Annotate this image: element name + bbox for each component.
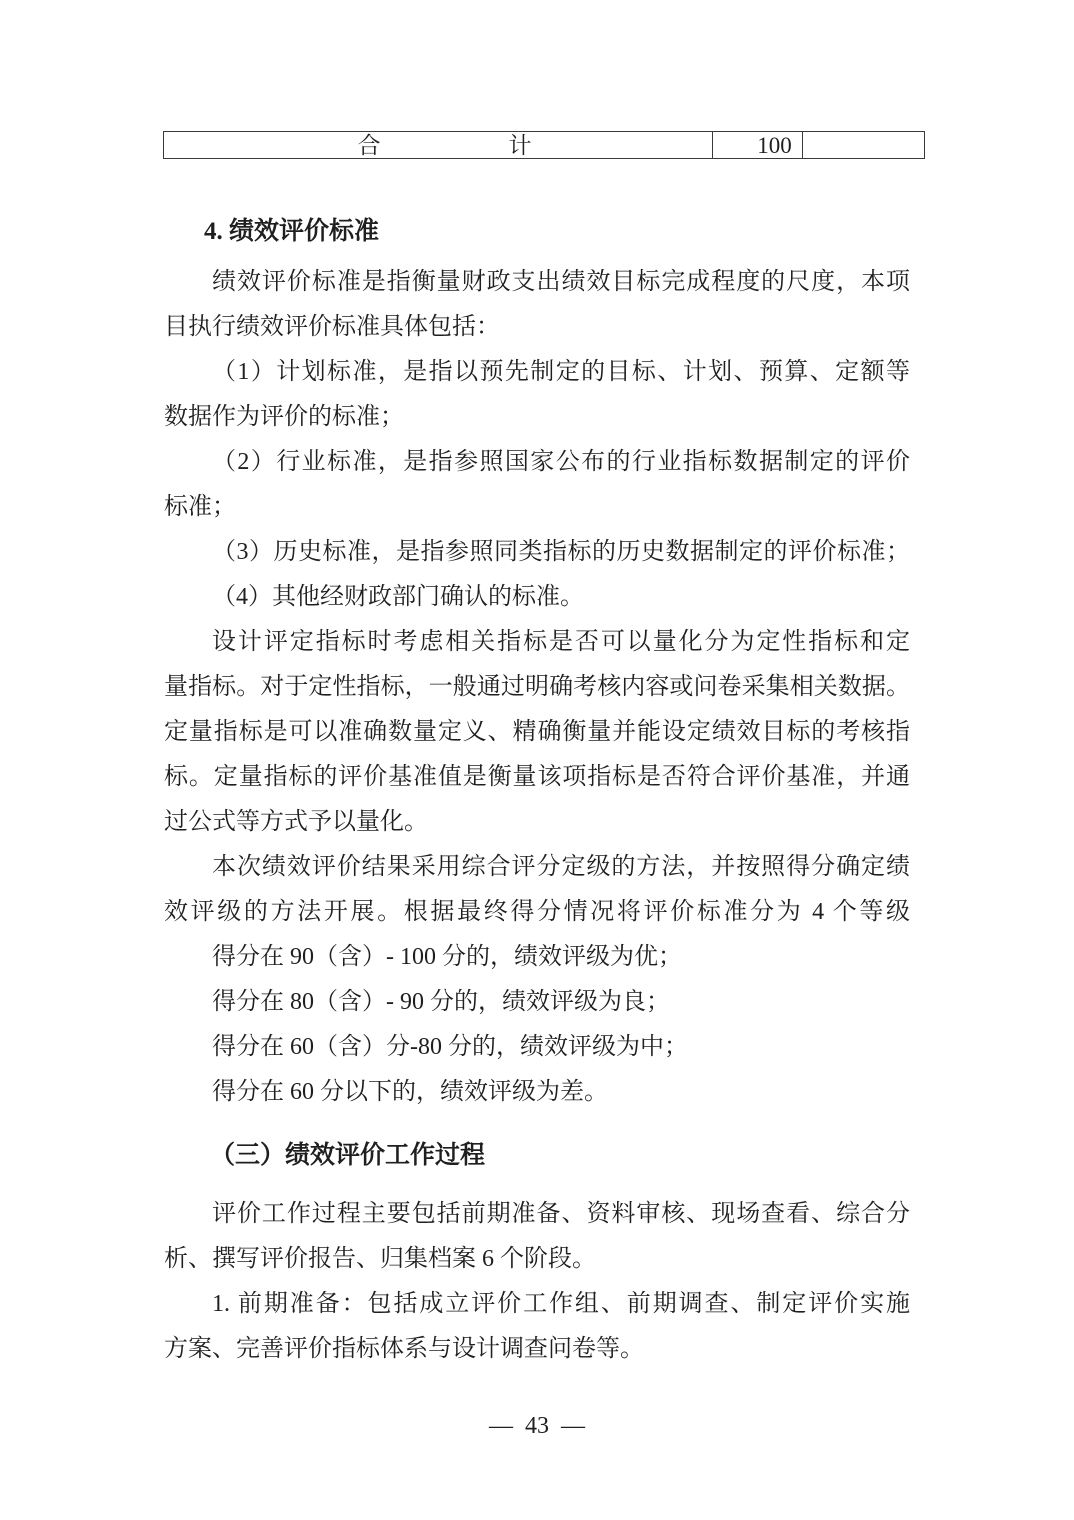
text-line: 量指标。对于定性指标，一般通过明确考核内容或问卷采集相关数据。 [164, 665, 910, 710]
total-value-cell: 100 [713, 132, 803, 158]
text-line: 得分在 60（含）分-80 分的，绩效评级为中； [164, 1025, 910, 1070]
text-line: 过公式等方式予以量化。 [164, 800, 910, 845]
text-line: 标。定量指标的评价基准值是衡量该项指标是否符合评价基准，并通 [164, 755, 910, 800]
text-line: 设计评定指标时考虑相关指标是否可以量化分为定性指标和定 [164, 620, 910, 665]
total-label-right: 计 [509, 134, 532, 157]
text-line: （4）其他经财政部门确认的标准。 [164, 575, 910, 620]
total-label-cell: 合 计 [164, 132, 713, 158]
text-line: 方案、完善评价指标体系与设计调查问卷等。 [164, 1327, 910, 1372]
text-line: 目执行绩效评价标准具体包括： [164, 305, 910, 350]
text-line: 1. 前期准备：包括成立评价工作组、前期调查、制定评价实施 [164, 1282, 910, 1327]
section-body-standards: 绩效评价标准是指衡量财政支出绩效目标完成程度的尺度，本项 目执行绩效评价标准具体… [164, 260, 910, 1115]
page-number: — 43 — [0, 1404, 1074, 1449]
text-line: 析、撰写评价报告、归集档案 6 个阶段。 [164, 1237, 910, 1282]
text-line: （3）历史标准，是指参照同类指标的历史数据制定的评价标准； [164, 530, 910, 575]
text-line: 效评级的方法开展。根据最终得分情况将评价标准分为 4 个等级 [164, 890, 910, 935]
text-line: 绩效评价标准是指衡量财政支出绩效目标完成程度的尺度，本项 [164, 260, 910, 305]
section-body-work-process: 评价工作过程主要包括前期准备、资料审核、现场查看、综合分 析、撰写评价报告、归集… [164, 1192, 910, 1372]
text-line: 评价工作过程主要包括前期准备、资料审核、现场查看、综合分 [164, 1192, 910, 1237]
subsection-heading-work-process: （三）绩效评价工作过程 [164, 1133, 910, 1179]
section-heading-performance-standards: 4. 绩效评价标准 [164, 209, 910, 255]
text-line: （1）计划标准，是指以预先制定的目标、计划、预算、定额等 [164, 350, 910, 395]
text-line: 本次绩效评价结果采用综合评分定级的方法，并按照得分确定绩 [164, 845, 910, 890]
summary-table: 合 计 100 [163, 131, 925, 159]
text-line: 得分在 60 分以下的，绩效评级为差。 [164, 1070, 910, 1115]
total-label-left: 合 [358, 134, 381, 157]
text-line: 数据作为评价的标准； [164, 395, 910, 440]
text-line: 标准； [164, 485, 910, 530]
text-line: 得分在 90（含）- 100 分的，绩效评级为优； [164, 935, 910, 980]
total-value: 100 [757, 134, 792, 157]
document-page: 合 计 100 4. 绩效评价标准 绩效评价标准是指衡量财政支出绩效目标完成程度… [0, 0, 1074, 1520]
text-line: 得分在 80（含）- 90 分的，绩效评级为良； [164, 980, 910, 1025]
text-line: 定量指标是可以准确数量定义、精确衡量并能设定绩效目标的考核指 [164, 710, 910, 755]
total-empty-cell [803, 132, 924, 158]
text-line: （2）行业标准，是指参照国家公布的行业指标数据制定的评价 [164, 440, 910, 485]
